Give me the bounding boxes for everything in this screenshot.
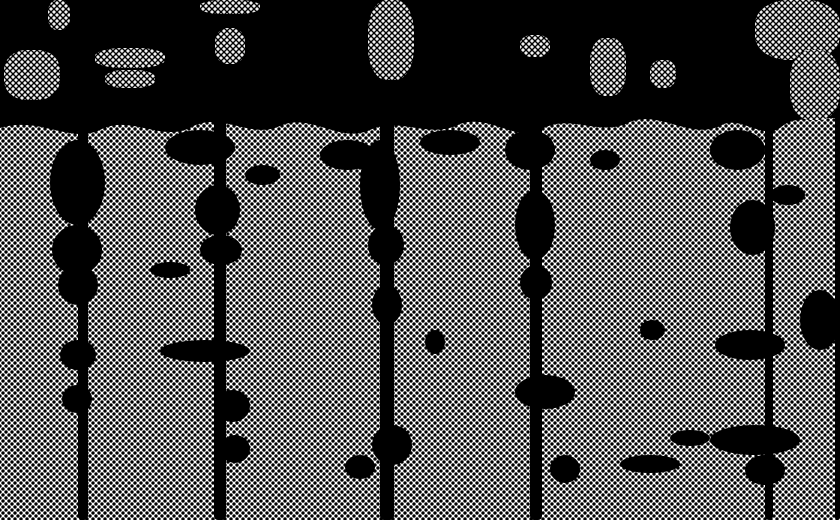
dark-blotch [360, 140, 400, 230]
dark-blotch [640, 320, 665, 340]
dark-blotch [345, 455, 375, 479]
dark-blotch [50, 140, 105, 225]
dark-blotch [220, 435, 250, 463]
top-patch [590, 38, 626, 96]
dark-blotch [195, 185, 240, 235]
dark-blotch [710, 425, 800, 455]
dark-blotch [372, 425, 412, 465]
top-patch [790, 50, 840, 120]
dark-blotch [505, 130, 555, 170]
top-patch [105, 70, 155, 88]
dark-blotch [800, 290, 840, 350]
dark-blotch [550, 455, 580, 483]
dark-blotch [150, 262, 190, 278]
dark-blotch [215, 390, 250, 422]
top-patch [4, 50, 60, 100]
top-patch [215, 28, 245, 64]
top-patch [48, 0, 70, 30]
dark-blotch [200, 235, 242, 265]
dark-blotch [715, 330, 785, 360]
dark-blotch [245, 165, 280, 185]
dark-blotch [745, 455, 785, 485]
dark-blotch [590, 150, 620, 170]
dark-blotch [520, 265, 552, 300]
dark-blotch [710, 130, 765, 170]
top-patch [200, 0, 260, 14]
dark-blotch [515, 190, 555, 260]
dark-blotch [62, 385, 92, 413]
dark-blotch [60, 340, 96, 370]
dark-blotch [770, 185, 805, 205]
dark-blotch [58, 265, 98, 305]
halftone-image [0, 0, 840, 520]
dark-blotch [515, 375, 575, 409]
dark-blotch [160, 340, 250, 362]
top-patch [520, 35, 550, 57]
vertical-streak [530, 110, 542, 520]
dark-blotch [165, 130, 235, 165]
dark-blotch [368, 225, 404, 265]
top-patch [650, 60, 676, 88]
top-patch [95, 48, 165, 68]
dark-blotch [425, 330, 445, 354]
dark-blotch [620, 455, 680, 473]
dark-blotch [420, 130, 480, 155]
top-patch [368, 0, 414, 80]
dark-blotch [730, 200, 775, 255]
dark-blotch [670, 430, 710, 446]
dark-blotch [372, 285, 402, 325]
